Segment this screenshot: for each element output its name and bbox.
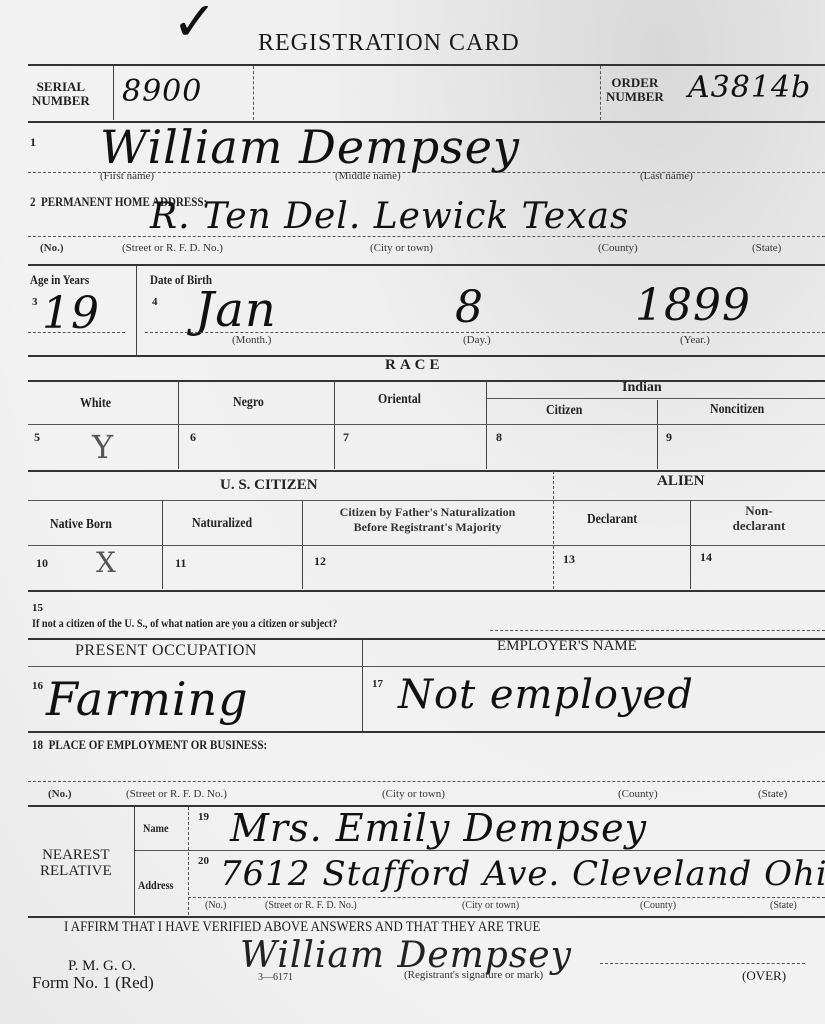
order-number-value: A3814b: [688, 70, 811, 105]
signature-label: (Registrant's signature or mark): [404, 969, 543, 981]
registrant-name-value: William Dempsey: [100, 120, 520, 174]
form-code: 3—6171: [258, 972, 293, 983]
native-born-mark: X: [96, 546, 117, 579]
check-mark-icon: ✓: [172, 0, 218, 53]
birth-year-value: 1899: [635, 280, 751, 331]
nation-question: If not a citizen of the U. S., of what n…: [32, 616, 337, 631]
over-label: (OVER): [742, 968, 786, 984]
relative-name-value: Mrs. Emily Dempsey: [230, 806, 647, 850]
birth-month-value: Jan: [195, 282, 277, 338]
race-title: RACE: [385, 357, 444, 374]
serial-number-label: SERIALNUMBER: [32, 80, 90, 108]
nearest-relative-label: NEARESTRELATIVE: [40, 847, 112, 879]
race-white-mark: Y: [92, 428, 114, 466]
occupation-value: Farming: [46, 672, 249, 726]
us-citizen-title: U. S. CITIZEN: [220, 477, 318, 494]
relative-address-value: 7612 Stafford Ave. Cleveland Ohio: [220, 854, 825, 894]
order-number-label: ORDERNUMBER: [606, 76, 664, 104]
birth-day-value: 8: [455, 282, 484, 333]
place-of-employment-label: 18 PLACE OF EMPLOYMENT OR BUSINESS:: [32, 737, 267, 753]
occupation-label: PRESENT OCCUPATION: [75, 642, 257, 660]
age-label: Age in Years: [30, 272, 89, 288]
employer-value: Not employed: [398, 672, 694, 718]
indian-label: Indian: [622, 380, 662, 396]
affirmation-text: I AFFIRM THAT I HAVE VERIFIED ABOVE ANSW…: [64, 919, 540, 936]
permanent-address-value: R. Ten Del. Lewick Texas: [150, 196, 629, 237]
registration-card: ✓ REGISTRATION CARD SERIALNUMBER 8900 OR…: [0, 0, 825, 1024]
employer-label: EMPLOYER'S NAME: [497, 638, 637, 655]
serial-number-value: 8900: [122, 74, 202, 109]
card-title: REGISTRATION CARD: [258, 30, 520, 57]
alien-title: ALIEN: [657, 473, 705, 490]
form-number-label: Form No. 1 (Red): [32, 973, 154, 993]
